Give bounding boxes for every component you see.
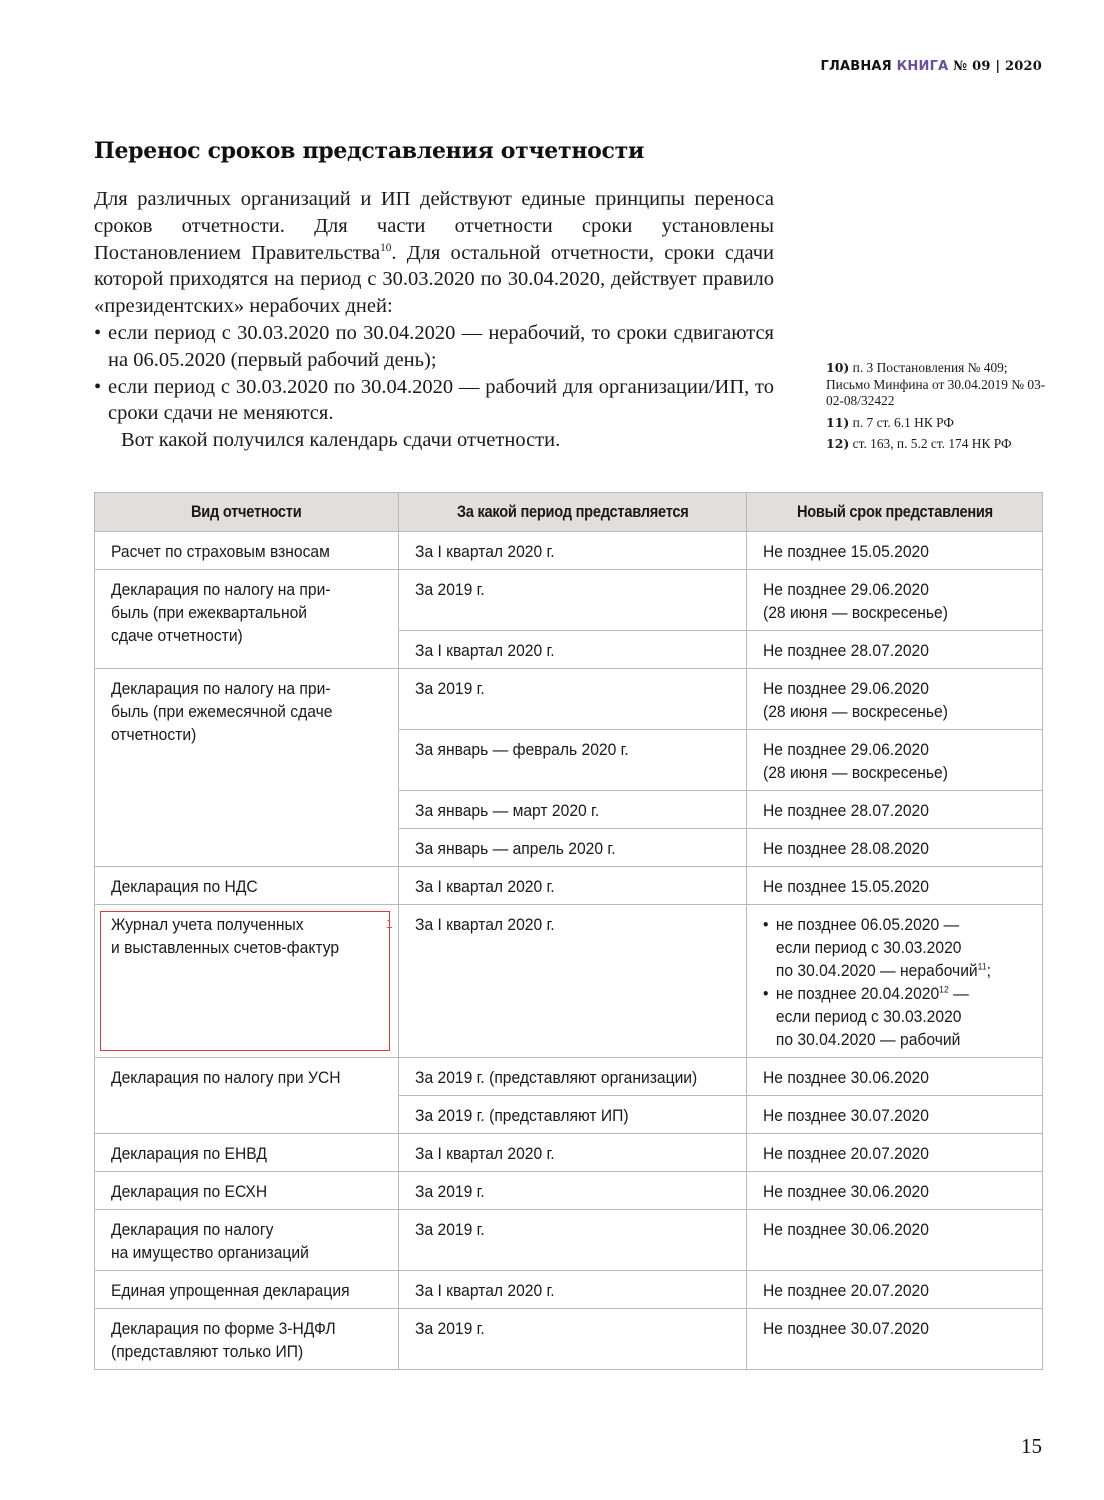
cell-period: За I квартал 2020 г.: [399, 867, 747, 905]
bullet-item: если период с 30.03.2020 по 30.04.2020 —…: [94, 374, 774, 428]
cell-period: За 2019 г.: [399, 1210, 747, 1271]
cell-period: За январь — апрель 2020 г.: [399, 829, 747, 867]
cell-deadline: не позднее 06.05.2020 — если период с 30…: [747, 905, 1043, 1058]
table-row: Декларация по НДСЗа I квартал 2020 г.Не …: [95, 867, 1043, 905]
cell-period: За I квартал 2020 г.: [399, 631, 747, 669]
table-row: Декларация по налогу при УСНЗа 2019 г. (…: [95, 1058, 1043, 1096]
footnote-number: 10): [826, 360, 849, 375]
cell-period: За I квартал 2020 г.: [399, 1134, 747, 1172]
cell-deadline: Не позднее 29.06.2020 (28 июня — воскрес…: [747, 570, 1043, 631]
footnote-text: п. 7 ст. 6.1 НК РФ: [853, 415, 954, 430]
footnote-ref[interactable]: 10: [380, 242, 391, 254]
closing-sentence: Вот какой получился календарь сдачи отче…: [94, 427, 774, 454]
cell-deadline: Не позднее 15.05.2020: [747, 532, 1043, 570]
article-body: Для различных организаций и ИП действуют…: [94, 186, 774, 454]
cell-deadline: Не позднее 30.06.2020: [747, 1172, 1043, 1210]
table-header-row: Вид отчетности За какой период представл…: [95, 493, 1043, 532]
cell-period: За 2019 г.: [399, 1309, 747, 1370]
footnote-ref[interactable]: 11: [978, 961, 987, 971]
table-row: Декларация по ЕНВДЗа I квартал 2020 г.Не…: [95, 1134, 1043, 1172]
issue-number: № 09 | 2020: [953, 59, 1042, 74]
cell-deadline: Не позднее 30.06.2020: [747, 1058, 1043, 1096]
table-row: Декларация по налогу на при- быль (при е…: [95, 669, 1043, 730]
article-title: Перенос сроков представления отчетности: [94, 138, 644, 164]
cell-deadline: Не позднее 20.07.2020: [747, 1271, 1043, 1309]
deadline-condition: не позднее 20.04.202012 — если период с …: [763, 982, 1033, 1051]
running-head: ГЛАВНАЯ КНИГА № 09 | 2020: [820, 59, 1042, 74]
cell-report-type: Декларация по налогу при УСН: [95, 1058, 399, 1134]
cell-report-type: Расчет по страховым взносам: [95, 532, 399, 570]
footnote-text: п. 3 Постановления № 409; Письмо Минфина…: [826, 360, 1045, 408]
cell-period: За 2019 г.: [399, 570, 747, 631]
cell-period: За январь — февраль 2020 г.: [399, 730, 747, 791]
cell-deadline: Не позднее 29.06.2020 (28 июня — воскрес…: [747, 669, 1043, 730]
deadline-conditions-list: не позднее 06.05.2020 — если период с 30…: [763, 913, 1033, 1051]
footnote-10: 10) п. 3 Постановления № 409; Письмо Мин…: [826, 360, 1051, 410]
footnote-12: 12) ст. 163, п. 5.2 ст. 174 НК РФ: [826, 436, 1051, 453]
header-report-type: Вид отчетности: [95, 493, 399, 532]
footnote-number: 12): [826, 436, 849, 451]
cell-deadline: Не позднее 15.05.2020: [747, 867, 1043, 905]
bullet-item: если период с 30.03.2020 по 30.04.2020 —…: [94, 320, 774, 374]
cell-period: За 2019 г. (представляют ИП): [399, 1096, 747, 1134]
cell-period: За I квартал 2020 г.: [399, 1271, 747, 1309]
cell-report-type: Декларация по форме 3-НДФЛ (представляют…: [95, 1309, 399, 1370]
footnote-ref[interactable]: 12: [939, 984, 949, 994]
cell-deadline: Не позднее 28.07.2020: [747, 791, 1043, 829]
cell-report-type: Единая упрощенная декларация: [95, 1271, 399, 1309]
footnotes: 10) п. 3 Постановления № 409; Письмо Мин…: [826, 360, 1051, 458]
cell-report-type: Декларация по ЕНВД: [95, 1134, 399, 1172]
header-period: За какой период представляется: [399, 493, 747, 532]
table-row: Расчет по страховым взносамЗа I квартал …: [95, 532, 1043, 570]
intro-paragraph: Для различных организаций и ИП действуют…: [94, 186, 774, 320]
table-row: Декларация по ЕСХНЗа 2019 г.Не позднее 3…: [95, 1172, 1043, 1210]
cell-period: За 2019 г.: [399, 669, 747, 730]
cell-deadline: Не позднее 29.06.2020 (28 июня — воскрес…: [747, 730, 1043, 791]
cell-deadline: Не позднее 30.07.2020: [747, 1096, 1043, 1134]
table-row: Единая упрощенная декларацияЗа I квартал…: [95, 1271, 1043, 1309]
cell-period: За январь — март 2020 г.: [399, 791, 747, 829]
footnote-11: 11) п. 7 ст. 6.1 НК РФ: [826, 415, 1051, 432]
table-row: Декларация по форме 3-НДФЛ (представляют…: [95, 1309, 1043, 1370]
cell-deadline: Не позднее 28.07.2020: [747, 631, 1043, 669]
cell-report-type: Декларация по налогу на имущество органи…: [95, 1210, 399, 1271]
cell-period: За 2019 г. (представляют организации): [399, 1058, 747, 1096]
footnote-number: 11): [826, 415, 849, 430]
cell-report-type: Декларация по НДС: [95, 867, 399, 905]
cell-period: За I квартал 2020 г.: [399, 905, 747, 1058]
table-row: Декларация по налогу на при- быль (при е…: [95, 570, 1043, 631]
brand-name-part2: КНИГА: [897, 59, 949, 74]
brand-name-part1: ГЛАВНАЯ: [820, 59, 891, 74]
cell-report-type: Журнал учета полученных и выставленных с…: [95, 905, 399, 1058]
page-number: 15: [1021, 1434, 1042, 1459]
cell-report-type: Декларация по налогу на при- быль (при е…: [95, 570, 399, 669]
deadline-condition: не позднее 06.05.2020 — если период с 30…: [763, 913, 1033, 982]
annotation-label: 1: [386, 917, 393, 931]
cell-period: За I квартал 2020 г.: [399, 532, 747, 570]
cell-deadline: Не позднее 20.07.2020: [747, 1134, 1043, 1172]
header-deadline: Новый срок представления: [747, 493, 1043, 532]
cell-report-type: Декларация по ЕСХН: [95, 1172, 399, 1210]
footnote-text: ст. 163, п. 5.2 ст. 174 НК РФ: [853, 436, 1012, 451]
cell-report-type: Декларация по налогу на при- быль (при е…: [95, 669, 399, 867]
table-row: Журнал учета полученных и выставленных с…: [95, 905, 1043, 1058]
cell-deadline: Не позднее 30.07.2020: [747, 1309, 1043, 1370]
cell-period: За 2019 г.: [399, 1172, 747, 1210]
cell-deadline: Не позднее 28.08.2020: [747, 829, 1043, 867]
reporting-schedule-table: Вид отчетности За какой период представл…: [94, 492, 1043, 1370]
table-row: Декларация по налогу на имущество органи…: [95, 1210, 1043, 1271]
cell-deadline: Не позднее 30.06.2020: [747, 1210, 1043, 1271]
